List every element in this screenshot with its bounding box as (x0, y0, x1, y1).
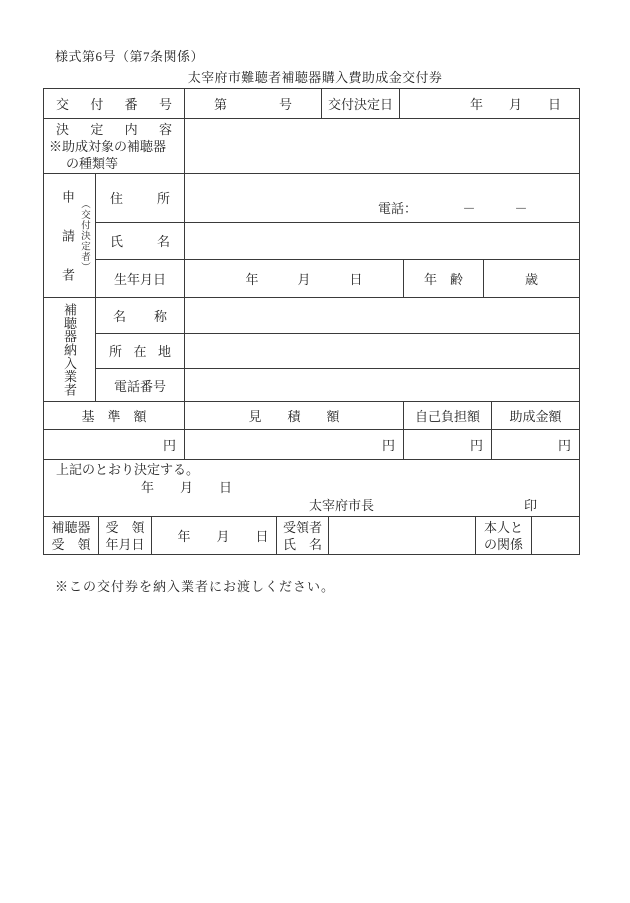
vendor-group-label: 補聴器納入業者 (60, 298, 79, 401)
vendor-name-label-cell: 名称 (96, 298, 184, 333)
name-label: 氏名 (96, 231, 184, 250)
name-label-cell: 氏名 (96, 223, 184, 260)
decision-content-note-line2: の種類等 (44, 155, 184, 172)
decision-date-label-cell: 交付決定日 (321, 89, 399, 118)
applicant-group-label: 申請者 (58, 174, 77, 297)
footer-note: ※この交付券を納入業者にお渡しください。 (55, 576, 335, 595)
subsidy-unit: 円 (558, 435, 571, 454)
birthdate-row: 生年月日 年 月 日 年 齢 歳 (96, 259, 579, 297)
vendor-phone-label: 電話番号 (114, 376, 166, 395)
vendor-address-label-cell: 所在地 (96, 334, 184, 369)
grant-number-value-cell: 第 号 (184, 89, 321, 118)
age-value-cell: 歳 (483, 260, 579, 297)
document-title: 太宰府市難聴者補聴器購入費助成金交付券 (0, 67, 630, 86)
address-label-cell: 住所 (96, 174, 184, 222)
receipt-date-label-line1: 受 領 (105, 519, 144, 536)
birthdate-label: 生年月日 (114, 269, 166, 288)
base-amount-label: 基 準 額 (81, 406, 146, 425)
decision-statement-cell: 上記のとおり決定する。 年 月 日 太宰府市長 印 (44, 460, 579, 516)
applicant-fields: 住所 電話： － － 氏名 生年月日 (96, 174, 579, 297)
relation-label-line2: の関係 (484, 536, 523, 553)
receipt-group-label-line2: 受 領 (51, 536, 90, 553)
vendor-name-value-cell (184, 298, 579, 333)
relation-label-cell: 本人と の関係 (475, 517, 531, 554)
mayor-label: 太宰府市長 (309, 497, 374, 515)
decision-content-row: 決定内容 ※助成対象の補聴器 の種類等 (44, 118, 579, 173)
decision-content-label: 決定内容 (44, 121, 184, 138)
estimate-amount-unit: 円 (382, 435, 395, 454)
grant-number-label-cell: 交付番号 (44, 89, 184, 118)
vendor-name-row: 名称 (96, 298, 579, 333)
estimate-amount-value-cell: 円 (184, 430, 403, 459)
seal-mark: 印 (524, 497, 537, 515)
subsidy-label-cell: 助成金額 (491, 402, 579, 429)
vendor-name-label: 名称 (96, 306, 184, 325)
receipt-row: 補聴器 受 領 受 領 年月日 年 月 日 受領者 氏 名 本人と の関係 (44, 516, 579, 554)
self-pay-unit: 円 (470, 435, 483, 454)
mayor-signature-line: 太宰府市長 印 (44, 497, 579, 515)
age-label: 年 齢 (424, 269, 463, 288)
recipient-name-label-line1: 受領者 (283, 519, 322, 536)
vendor-address-label: 所在地 (96, 341, 184, 360)
birthdate-label-cell: 生年月日 (96, 260, 184, 297)
self-pay-value-cell: 円 (403, 430, 491, 459)
decision-statement-row: 上記のとおり決定する。 年 月 日 太宰府市長 印 (44, 459, 579, 516)
vendor-phone-value-cell (184, 369, 579, 401)
receipt-date-value-cell: 年 月 日 (151, 517, 276, 554)
name-value-cell (184, 223, 579, 260)
self-pay-label: 自己負担額 (415, 406, 480, 425)
relation-value-cell (531, 517, 579, 554)
subsidy-label: 助成金額 (509, 406, 561, 425)
vendor-fields: 名称 所在地 電話番号 (96, 298, 579, 401)
decision-date-label: 交付決定日 (328, 94, 393, 113)
decision-date-value-cell: 年 月 日 (399, 89, 579, 118)
grant-number-placeholder: 第 号 (214, 94, 292, 113)
age-unit-label: 歳 (525, 269, 538, 288)
base-amount-value-cell: 円 (44, 430, 184, 459)
amounts-value-row: 円 円 円 円 (44, 429, 579, 459)
receipt-group-label-cell: 補聴器 受 領 (44, 517, 98, 554)
decision-content-value-cell (184, 119, 579, 173)
grant-number-row: 交付番号 第 号 交付決定日 年 月 日 (44, 89, 579, 118)
amounts-header-row: 基 準 額 見 積 額 自己負担額 助成金額 (44, 401, 579, 429)
applicant-group-row: 申請者 （交付決定者） 住所 電話： － － 氏名 (44, 173, 579, 297)
receipt-date-label-cell: 受 領 年月日 (98, 517, 151, 554)
decision-statement-date: 年 月 日 (44, 479, 579, 497)
address-row: 住所 電話： － － (96, 174, 579, 222)
document-page: 様式第6号（第7条関係） 太宰府市難聴者補聴器購入費助成金交付券 交付番号 第 … (0, 0, 630, 903)
subsidy-value-cell: 円 (491, 430, 579, 459)
vendor-phone-row: 電話番号 (96, 368, 579, 401)
decision-content-label-cell: 決定内容 ※助成対象の補聴器 の種類等 (44, 119, 184, 173)
base-amount-unit: 円 (163, 435, 176, 454)
age-label-cell: 年 齢 (403, 260, 483, 297)
receipt-group-label-line1: 補聴器 (51, 519, 90, 536)
decision-statement: 上記のとおり決定する。 (44, 461, 579, 479)
receipt-date-placeholder: 年 月 日 (177, 526, 268, 545)
recipient-name-label-line2: 氏 名 (283, 536, 322, 553)
birthdate-value-cell: 年 月 日 (184, 260, 403, 297)
vendor-address-value-cell (184, 334, 579, 369)
decision-date-placeholder: 年 月 日 (470, 94, 561, 113)
applicant-group-sublabel: （交付決定者） (77, 199, 91, 273)
relation-label-line1: 本人と (484, 519, 523, 536)
vendor-phone-label-cell: 電話番号 (96, 369, 184, 401)
vendor-group-label-cell: 補聴器納入業者 (44, 298, 96, 401)
base-amount-label-cell: 基 準 額 (44, 402, 184, 429)
birthdate-placeholder: 年 月 日 (245, 269, 362, 288)
grant-number-label: 交付番号 (44, 94, 184, 113)
phone-line: 電話： － － (378, 198, 579, 217)
recipient-name-label-cell: 受領者 氏 名 (276, 517, 328, 554)
estimate-amount-label-cell: 見 積 額 (184, 402, 403, 429)
self-pay-label-cell: 自己負担額 (403, 402, 491, 429)
receipt-date-label-line2: 年月日 (105, 536, 144, 553)
form-number-label: 様式第6号（第7条関係） (55, 46, 204, 65)
address-label: 住所 (96, 188, 184, 207)
decision-content-note-line1: ※助成対象の補聴器 (44, 138, 184, 155)
vendor-address-row: 所在地 (96, 333, 579, 369)
estimate-amount-label: 見 積 額 (248, 406, 339, 425)
name-row: 氏名 (96, 222, 579, 260)
voucher-table: 交付番号 第 号 交付決定日 年 月 日 決定内容 ※助成対象の補聴器 の種類等 (43, 88, 580, 555)
vendor-group-row: 補聴器納入業者 名称 所在地 電話番号 (44, 297, 579, 401)
applicant-group-label-cell: 申請者 （交付決定者） (44, 174, 96, 297)
address-value-cell: 電話： － － (184, 174, 579, 222)
recipient-name-value-cell (328, 517, 475, 554)
